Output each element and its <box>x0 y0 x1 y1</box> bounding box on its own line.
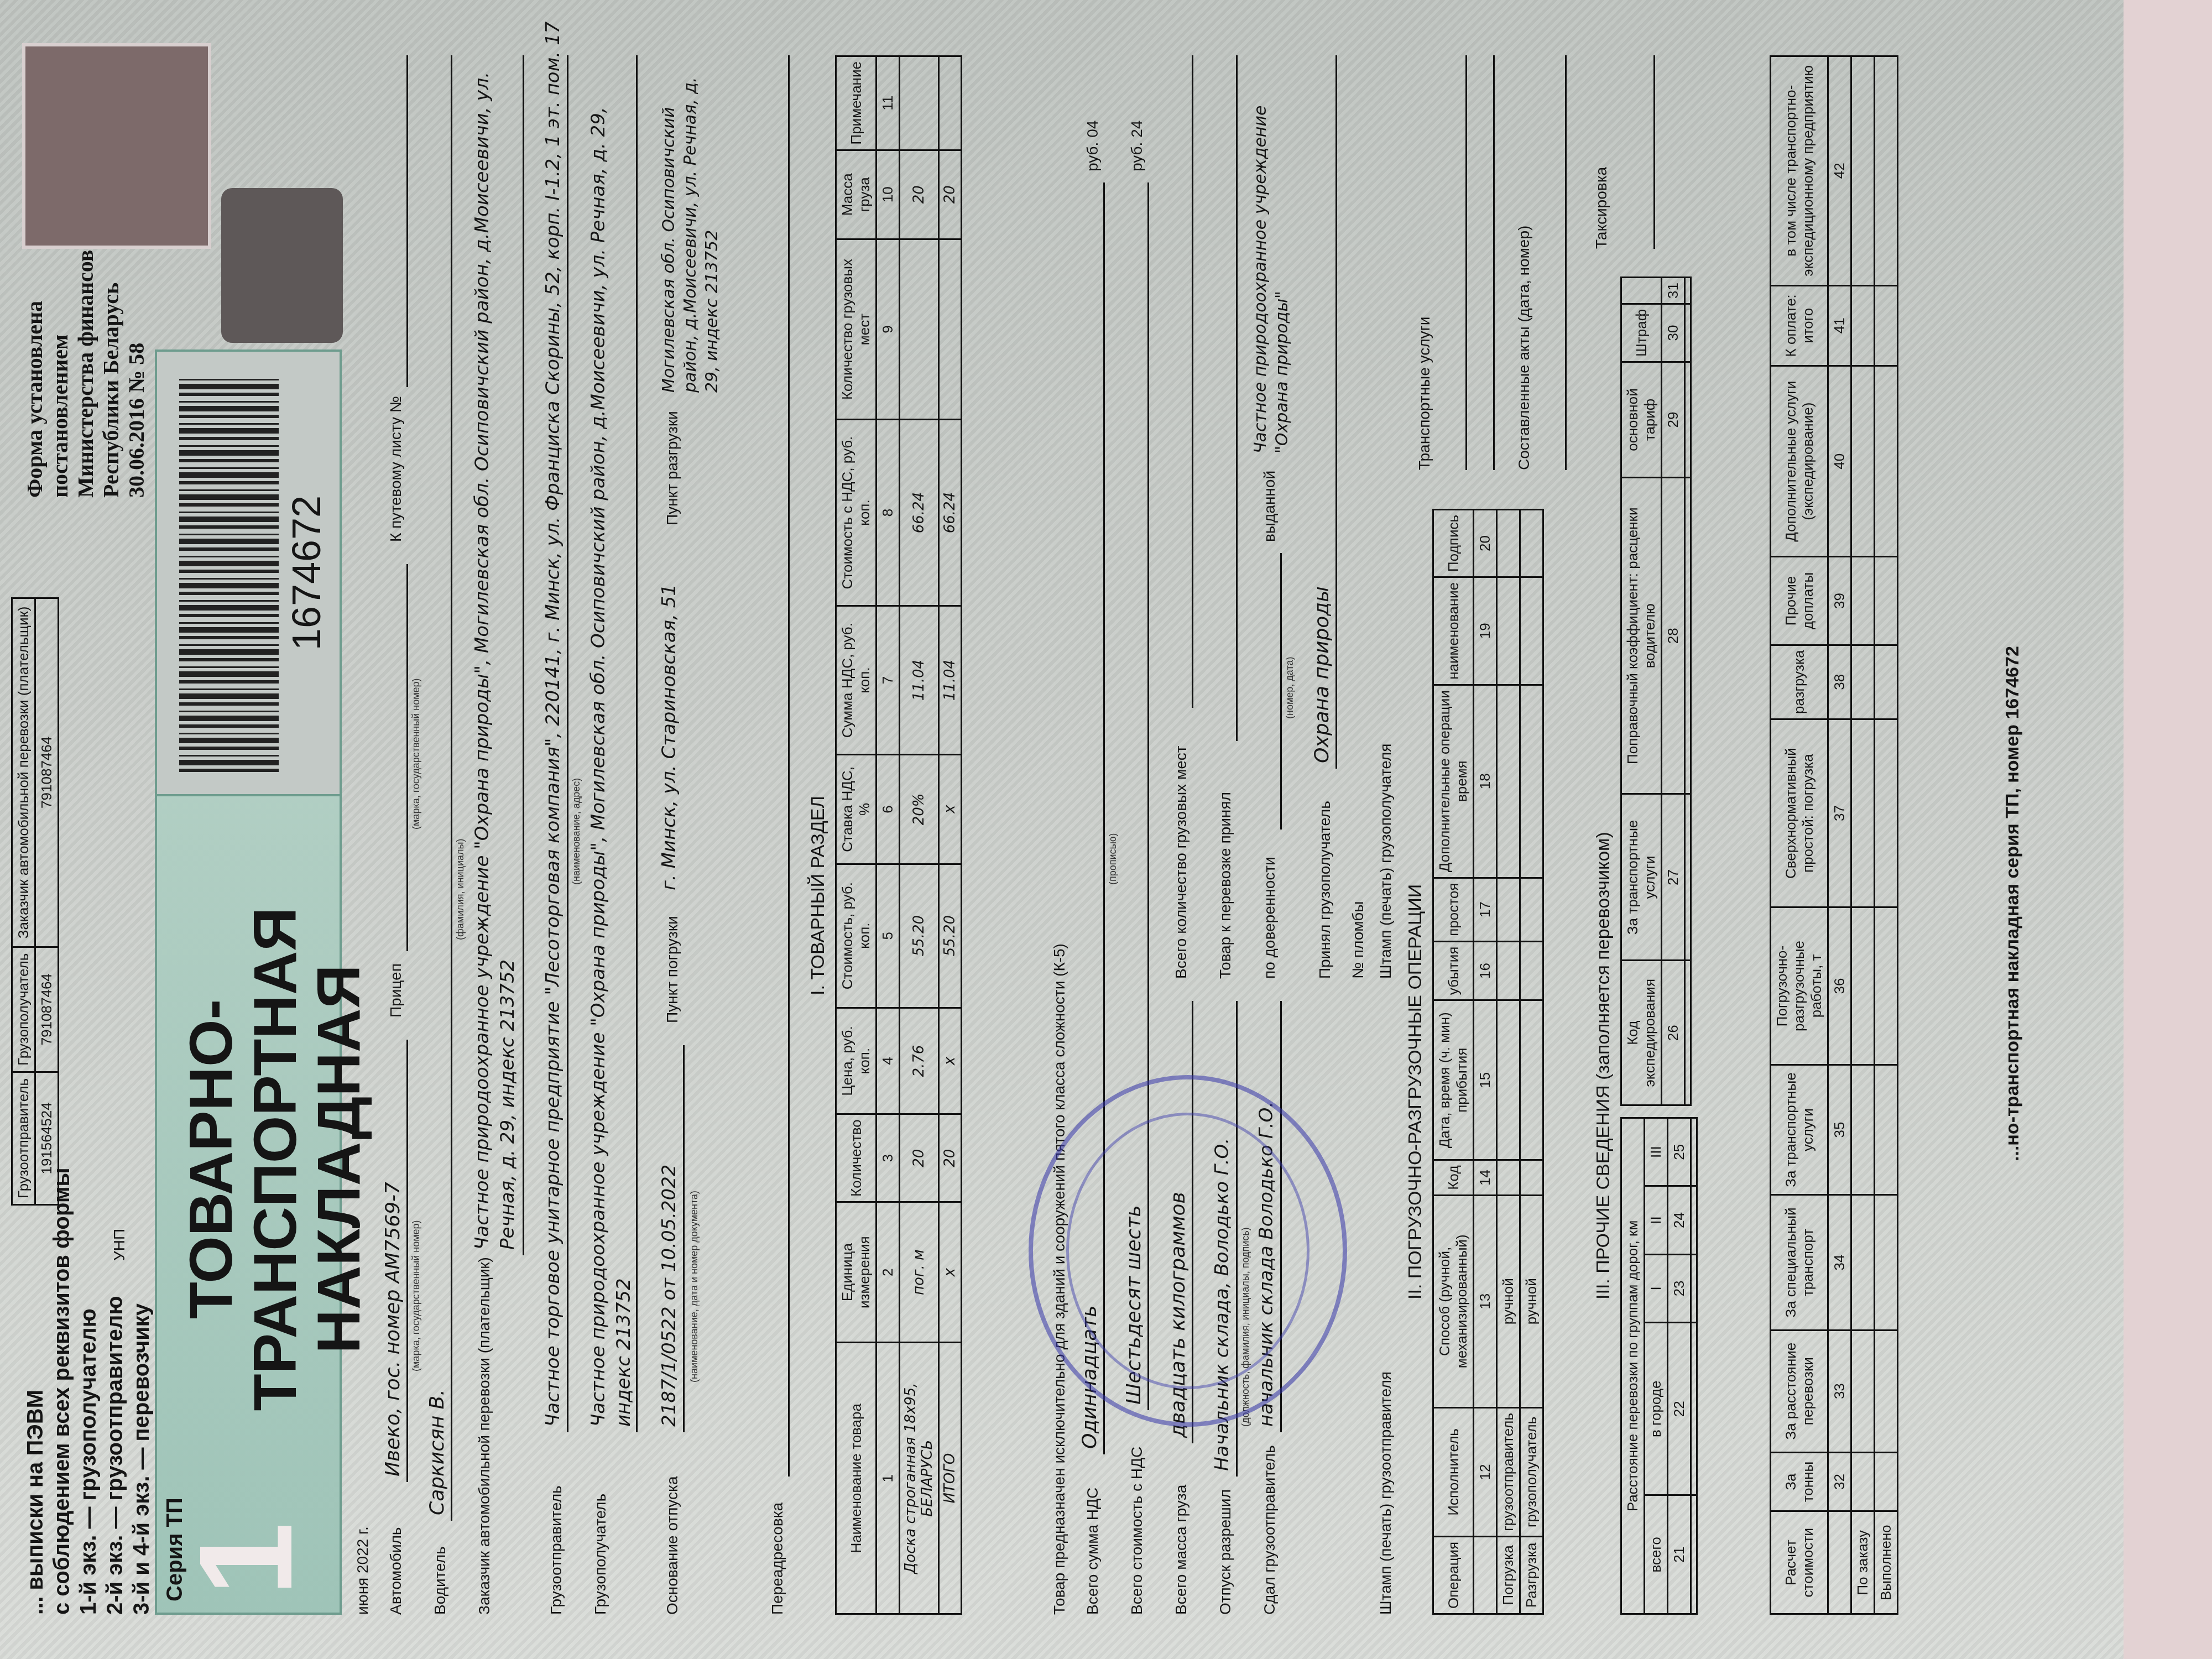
goods-section-title: I. ТОВАРНЫЙ РАЗДЕЛ <box>807 796 829 995</box>
customer-label: Заказчик автомобильной перевозки (плател… <box>476 1257 493 1615</box>
tariff-column-number: 31 <box>1662 278 1685 304</box>
distance-cell <box>1691 1254 1697 1322</box>
barcode-panel: 1674672 <box>155 349 342 796</box>
tariff-number-row: 262728293031 <box>1662 278 1685 1105</box>
goods-column-header: Цена, руб. коп. <box>836 1008 877 1114</box>
waybill-document: ... выписки на ПЭВМ с соблюдением всех р… <box>0 0 2212 1659</box>
goods-total-cell: х <box>939 755 962 864</box>
calc-column-header: За специальный транспорт <box>1771 1195 1828 1330</box>
goods-column-header: Стоимость с НДС, руб. коп. <box>836 420 877 606</box>
unloading-point-value: Могилевская обл. Осиповичский район, д.М… <box>658 50 723 393</box>
ops-cell <box>1497 685 1520 878</box>
calc-column-header: За тонны <box>1771 1452 1828 1511</box>
ops-header-row: ОперацияИсполнительСпособ (ручной, механ… <box>1433 510 1474 1614</box>
customer-value: Частное природоохранное учреждение "Охра… <box>470 55 521 1250</box>
goods-column-header: Единица измерения <box>836 1202 877 1342</box>
distance-column-number: 23 <box>1668 1254 1691 1322</box>
calc-column-number: 42 <box>1828 56 1851 286</box>
calc-label: Расчет стоимости <box>1771 1511 1828 1614</box>
ops-cell <box>1497 577 1520 685</box>
unp-label: УНП <box>111 1229 128 1261</box>
ops-column-number: 20 <box>1474 510 1497 577</box>
unloading-point-label: Пункт разгрузки <box>664 411 681 525</box>
distance-cell <box>1691 1118 1697 1186</box>
table-row: По заказу <box>1851 56 1875 1614</box>
goods-cell: 20% <box>900 755 939 864</box>
distance-header-row: всегов городеIIIIII <box>1645 1118 1668 1614</box>
waybill-label: К путевому листу № <box>387 396 405 542</box>
readdress-label: Переадресовка <box>769 1503 786 1615</box>
distance-column-number: 24 <box>1668 1186 1691 1254</box>
ops-column-header: убытия <box>1433 941 1474 1000</box>
ops-cell <box>1497 510 1520 577</box>
date-fragment: июня 2022 г. <box>354 1526 372 1615</box>
tariff-column-number: 26 <box>1662 961 1685 1105</box>
ops-column-number: 15 <box>1474 1000 1497 1160</box>
goods-column-header: Сумма НДС, руб. коп. <box>836 606 877 754</box>
goods-cell: Доска строганная 18х95, БЕЛАРУСЬ <box>900 1343 939 1614</box>
goods-cell: 20 <box>900 150 939 239</box>
calc-cell <box>1875 1065 1898 1195</box>
ops-cell <box>1520 685 1543 878</box>
calc-cell <box>1875 719 1898 907</box>
taxation-label: Таксировка <box>1593 167 1610 249</box>
calc-cell <box>1851 719 1875 907</box>
ops-column-header: Подпись <box>1433 510 1474 577</box>
tariff-column-header <box>1621 278 1662 304</box>
driver-label: Водитель <box>431 1546 449 1615</box>
goods-total-row: ИТОГОх20х55.20х11.0466.2420 <box>939 56 962 1614</box>
calc-column-number: 38 <box>1828 645 1851 719</box>
vehicle-value: Ивеко, гос. номер АМ7569-7 <box>382 1182 404 1477</box>
calc-column-number: 32 <box>1828 1452 1851 1511</box>
goods-total-cell: 20 <box>939 1114 962 1202</box>
goods-column-header: Стоимость, руб. коп. <box>836 864 877 1008</box>
distance-column-header: I <box>1645 1254 1668 1322</box>
calc-cell <box>1851 56 1875 286</box>
ops-cell <box>1497 1160 1520 1195</box>
tariff-cell <box>1685 794 1691 961</box>
goods-column-number: 6 <box>877 755 900 864</box>
hologram-diamond <box>22 43 211 249</box>
calc-column-header: Сверхнормативный простой: погрузка <box>1771 719 1828 907</box>
loading-ops-title: II. ПОГРУЗОЧНО-РАЗГРУЗОЧНЫЕ ОПЕРАЦИИ <box>1405 884 1426 1300</box>
tariff-column-header: Код экспедирования <box>1621 961 1662 1105</box>
distance-number-row: 2122232425 <box>1668 1118 1691 1614</box>
calc-cell <box>1851 1065 1875 1195</box>
ops-column-number: 16 <box>1474 941 1497 1000</box>
ops-column-header: простоя <box>1433 878 1474 941</box>
cost-calculation-table: Расчет стоимостиЗа тонныЗа расстояние пе… <box>1770 55 1898 1615</box>
calc-column-number: 40 <box>1828 366 1851 557</box>
goods-column-number: 2 <box>877 1202 900 1342</box>
distance-cell <box>1691 1186 1697 1254</box>
ops-cell: ручной <box>1497 1195 1520 1407</box>
calc-column-header: разгрузка <box>1771 645 1828 719</box>
tariff-column-header: Поправочный коэффициент: расценки водите… <box>1621 478 1662 794</box>
goods-total-cell <box>939 239 962 419</box>
distance-cell <box>1691 1323 1697 1495</box>
ops-column-header: Дата, время (ч. мин) прибытия <box>1433 1000 1474 1160</box>
goods-cell: 55.20 <box>900 864 939 1008</box>
ops-cell <box>1520 941 1543 1000</box>
unp-header-consignee: Грузополучатель <box>12 947 35 1072</box>
goods-column-header: Количество грузовых мест <box>836 239 877 419</box>
ops-column-header: наименование <box>1433 577 1474 685</box>
stamp-shipper-label: Штамп (печать) грузоотправителя <box>1377 1371 1395 1615</box>
goods-column-number: 8 <box>877 420 900 606</box>
ops-cell <box>1497 941 1520 1000</box>
tariff-cell <box>1685 478 1691 794</box>
calc-cell <box>1875 1330 1898 1452</box>
calc-number <box>1828 1511 1851 1614</box>
tariff-column-header: основной тариф <box>1621 362 1662 478</box>
calc-column-number: 33 <box>1828 1330 1851 1452</box>
calc-header-row: Расчет стоимостиЗа тонныЗа расстояние пе… <box>1771 56 1828 1614</box>
places-label: Всего количество грузовых мест <box>1172 745 1190 979</box>
table-row: Погрузкагрузоотправительручной <box>1497 510 1520 1614</box>
ops-cell <box>1520 577 1543 685</box>
goods-total-cell <box>939 56 962 150</box>
calc-column-header: За расстояние перевозки <box>1771 1330 1828 1452</box>
ops-column-number: 12 <box>1474 1408 1497 1537</box>
goods-total-cell: 20 <box>939 150 962 239</box>
goods-table: Наименование товараЕдиница измеренияКоли… <box>835 55 962 1615</box>
vat-label: Всего сумма НДС <box>1084 1488 1102 1615</box>
tariff-cell <box>1685 304 1691 362</box>
calc-column-number: 34 <box>1828 1195 1851 1330</box>
seals-label: № пломбы <box>1349 901 1367 979</box>
goods-cell: пог. м <box>900 1202 939 1342</box>
calc-row-label: По заказу <box>1851 1511 1875 1614</box>
form-approval-note: Форма установлена постановлением Министе… <box>22 250 149 498</box>
ops-cell: грузоотправитель <box>1497 1408 1520 1537</box>
calc-cell <box>1875 557 1898 645</box>
tariff-column-header: Штраф <box>1621 304 1662 362</box>
ops-column-number: 14 <box>1474 1160 1497 1195</box>
calc-cell <box>1875 1452 1898 1511</box>
calc-cell <box>1875 56 1898 286</box>
goods-cell <box>900 239 939 419</box>
goods-total-cell: х <box>939 1202 962 1342</box>
stamp-receiver-label: Штамп (печать) грузополучателя <box>1377 744 1395 979</box>
table-row: Доска строганная 18х95, БЕЛАРУСЬпог. м20… <box>900 56 939 1614</box>
goods-total-cell: х <box>939 1008 962 1114</box>
calc-column-number: 36 <box>1828 907 1851 1065</box>
calc-column-header: в том числе транспортно-экспедиционному … <box>1771 56 1828 286</box>
ops-column-number: 18 <box>1474 685 1497 878</box>
distance-table: Расстояние перевозки по группам дорог, к… <box>1620 1117 1698 1615</box>
goods-total-cell: ИТОГО <box>939 1343 962 1614</box>
goods-cell: 11.04 <box>900 606 939 754</box>
loading-point-value: г. Минск, ул. Стариновская, 51 <box>658 584 680 890</box>
ops-column-header: Дополнительные операции время <box>1433 685 1474 878</box>
calc-cell <box>1875 366 1898 557</box>
calc-cell <box>1875 645 1898 719</box>
ops-cell <box>1497 878 1520 941</box>
proxy-label: по доверенности <box>1261 857 1279 979</box>
calc-cell <box>1851 285 1875 366</box>
trailer-label: Прицеп <box>387 963 405 1018</box>
calc-column-header: Прочие доплаты <box>1771 557 1828 645</box>
goods-column-number: 7 <box>877 606 900 754</box>
mass-label: Всего масса груза <box>1172 1485 1190 1615</box>
sheet-margin <box>2124 0 2212 1659</box>
acts-label: Составленные акты (дата, номер) <box>1515 226 1533 470</box>
ops-column-header: Исполнитель <box>1433 1408 1474 1537</box>
barcode-number: 1674672 <box>284 352 330 794</box>
goods-column-header: Количество <box>836 1114 877 1202</box>
shipper-value: Частное торговое унитарное предприятие "… <box>542 22 564 1427</box>
tariff-column-number: 27 <box>1662 794 1685 961</box>
barcode <box>179 374 279 772</box>
distance-header: Расстояние перевозки по группам дорог, к… <box>1621 1118 1645 1614</box>
loading-point-label: Пункт погрузки <box>664 916 681 1023</box>
distance-column-header: в городе <box>1645 1323 1668 1495</box>
goods-column-number: 1 <box>877 1343 900 1614</box>
tariff-table: Код экспедированияЗа транспортные услуги… <box>1620 276 1692 1106</box>
other-info-title: III. ПРОЧИЕ СВЕДЕНИЯ (заполняется перево… <box>1593 832 1614 1300</box>
goods-cell: 2.76 <box>900 1008 939 1114</box>
ops-cell: Разгрузка <box>1520 1536 1543 1614</box>
table-row <box>1685 278 1691 1105</box>
tariff-header-row: Код экспедированияЗа транспортные услуги… <box>1621 278 1662 1105</box>
ops-cell <box>1520 1000 1543 1160</box>
ops-cell: ручной <box>1520 1195 1543 1407</box>
goods-total-cell: 55.20 <box>939 864 962 1008</box>
table-row <box>1691 1118 1697 1614</box>
calc-column-number: 37 <box>1828 719 1851 907</box>
ops-column-header: Код <box>1433 1160 1474 1195</box>
distance-column-header: III <box>1645 1118 1668 1186</box>
ops-cell <box>1520 510 1543 577</box>
goods-column-header: Примечание <box>836 56 877 150</box>
goods-column-header: Ставка НДС, % <box>836 755 877 864</box>
unp-header-shipper: Грузоотправитель <box>12 1072 35 1204</box>
calc-cell <box>1875 1195 1898 1330</box>
tariff-cell <box>1685 961 1691 1105</box>
ops-column-header: Способ (ручной, механизированный) <box>1433 1195 1474 1407</box>
calc-cell <box>1851 1452 1875 1511</box>
tariff-cell <box>1685 362 1691 478</box>
calc-number-row: 3233343536373839404142 <box>1828 56 1851 1614</box>
company-seal-stamp <box>1029 1075 1347 1427</box>
calc-column-header: К оплате: итого <box>1771 285 1828 366</box>
consignee-value: Частное природоохранное учреждение "Охра… <box>586 55 637 1427</box>
calc-column-header: Дополнительные услуги (экспедирование) <box>1771 366 1828 557</box>
loading-ops-table: ОперацияИсполнительСпособ (ручной, механ… <box>1432 509 1544 1615</box>
release-label: Отпуск разрешил <box>1217 1489 1234 1615</box>
goods-column-number: 4 <box>877 1008 900 1114</box>
handed-label: Сдал грузоотправитель <box>1261 1446 1279 1615</box>
received-value: Охрана природы <box>1311 586 1333 763</box>
vehicle-label: Автомобиль <box>387 1527 405 1615</box>
goods-column-number: 3 <box>877 1114 900 1202</box>
calc-cell <box>1851 645 1875 719</box>
calc-cell <box>1851 1330 1875 1452</box>
distance-title-row: Расстояние перевозки по группам дорог, к… <box>1621 1118 1645 1614</box>
ops-cell: Погрузка <box>1497 1536 1520 1614</box>
ops-column-header: Операция <box>1433 1536 1474 1614</box>
goods-total-cell: 66.24 <box>939 420 962 606</box>
calc-cell <box>1851 1195 1875 1330</box>
calc-column-header: За транспортные услуги <box>1771 1065 1828 1195</box>
ops-cell <box>1497 1000 1520 1160</box>
vat-kopecks: руб. 04 <box>1084 121 1102 171</box>
goods-column-number: 10 <box>877 150 900 239</box>
distance-column-header: II <box>1645 1186 1668 1254</box>
calc-cell <box>1851 557 1875 645</box>
calc-cell <box>1875 285 1898 366</box>
copies-note: ... выписки на ПЭВМ с соблюдением всех р… <box>22 1167 155 1615</box>
unp-table: Грузоотправитель Грузополучатель Заказчи… <box>11 597 59 1206</box>
unp-consignee: 791087464 <box>35 947 59 1072</box>
ops-cell: грузополучатель <box>1520 1408 1543 1537</box>
form-number: 1 <box>179 1522 312 1596</box>
goods-total-cell: 11.04 <box>939 606 962 754</box>
footer-series-number: ...но-транспортная накладная серия ТП, н… <box>2002 646 2023 1161</box>
goods-column-number: 5 <box>877 864 900 1008</box>
consignee-label: Грузополучатель <box>592 1494 609 1615</box>
tariff-cell <box>1685 278 1691 304</box>
calc-row-label: Выполнено <box>1875 1511 1898 1614</box>
distance-column-header: всего <box>1645 1495 1668 1614</box>
tariff-column-number: 30 <box>1662 304 1685 362</box>
distance-column-number: 22 <box>1668 1323 1691 1495</box>
shipper-label: Грузоотправитель <box>547 1485 565 1615</box>
total-label: Всего стоимость с НДС <box>1128 1447 1146 1615</box>
issued-label: выданной <box>1261 471 1279 542</box>
calc-cell <box>1851 366 1875 557</box>
basis-label: Основание отпуска <box>664 1477 681 1615</box>
distance-column-number: 21 <box>1668 1495 1691 1614</box>
tariff-column-number: 28 <box>1662 478 1685 794</box>
calc-column-number: 41 <box>1828 285 1851 366</box>
ops-number-row: 121314151617181920 <box>1474 510 1497 1614</box>
calc-cell <box>1851 907 1875 1065</box>
issued-value: Частное природоохранное учреждение "Охра… <box>1250 55 1293 453</box>
transport-services-label: Транспортные услуги <box>1416 317 1433 470</box>
ops-column-number: 13 <box>1474 1195 1497 1407</box>
total-kopecks: руб. 24 <box>1128 121 1146 171</box>
accepted-label: Товар к перевозке принял <box>1217 792 1234 979</box>
distance-cell <box>1691 1495 1697 1614</box>
table-row: Выполнено <box>1875 56 1898 1614</box>
goods-cell: 66.24 <box>900 420 939 606</box>
document-title: ТОВАРНО-ТРАНСПОРТНАЯ НАКЛАДНАЯ <box>179 827 371 1491</box>
tariff-column-number: 29 <box>1662 362 1685 478</box>
received-label: Принял грузополучатель <box>1316 801 1334 979</box>
goods-column-header: Масса груза <box>836 150 877 239</box>
goods-column-number: 9 <box>877 239 900 419</box>
goods-column-number: 11 <box>877 56 900 150</box>
calc-column-header: Погрузочно-разгрузочные работы, т <box>1771 907 1828 1065</box>
unp-customer: 791087464 <box>35 598 59 947</box>
ops-column-number: 17 <box>1474 878 1497 941</box>
ops-cell <box>1520 1160 1543 1195</box>
goods-cell <box>900 56 939 150</box>
unp-header-customer: Заказчик автомобильной перевозки (плател… <box>12 598 35 947</box>
calc-cell <box>1875 907 1898 1065</box>
calc-column-number: 35 <box>1828 1065 1851 1195</box>
ops-column-number <box>1474 1536 1497 1614</box>
table-row: Разгрузкагрузополучательручной <box>1520 510 1543 1614</box>
goods-cell: 20 <box>900 1114 939 1202</box>
driver-value: Саркисян В. <box>426 1389 448 1515</box>
calc-column-number: 39 <box>1828 557 1851 645</box>
tariff-column-header: За транспортные услуги <box>1621 794 1662 961</box>
goods-column-header: Наименование товара <box>836 1343 877 1614</box>
ops-cell <box>1520 878 1543 941</box>
distance-column-number: 25 <box>1668 1118 1691 1186</box>
basis-value: 2187/1/0522 от 10.05.2022 <box>658 1165 680 1427</box>
ops-column-number: 19 <box>1474 577 1497 685</box>
unp-shipper: 191564524 <box>35 1072 59 1204</box>
hologram-seal <box>221 188 343 343</box>
